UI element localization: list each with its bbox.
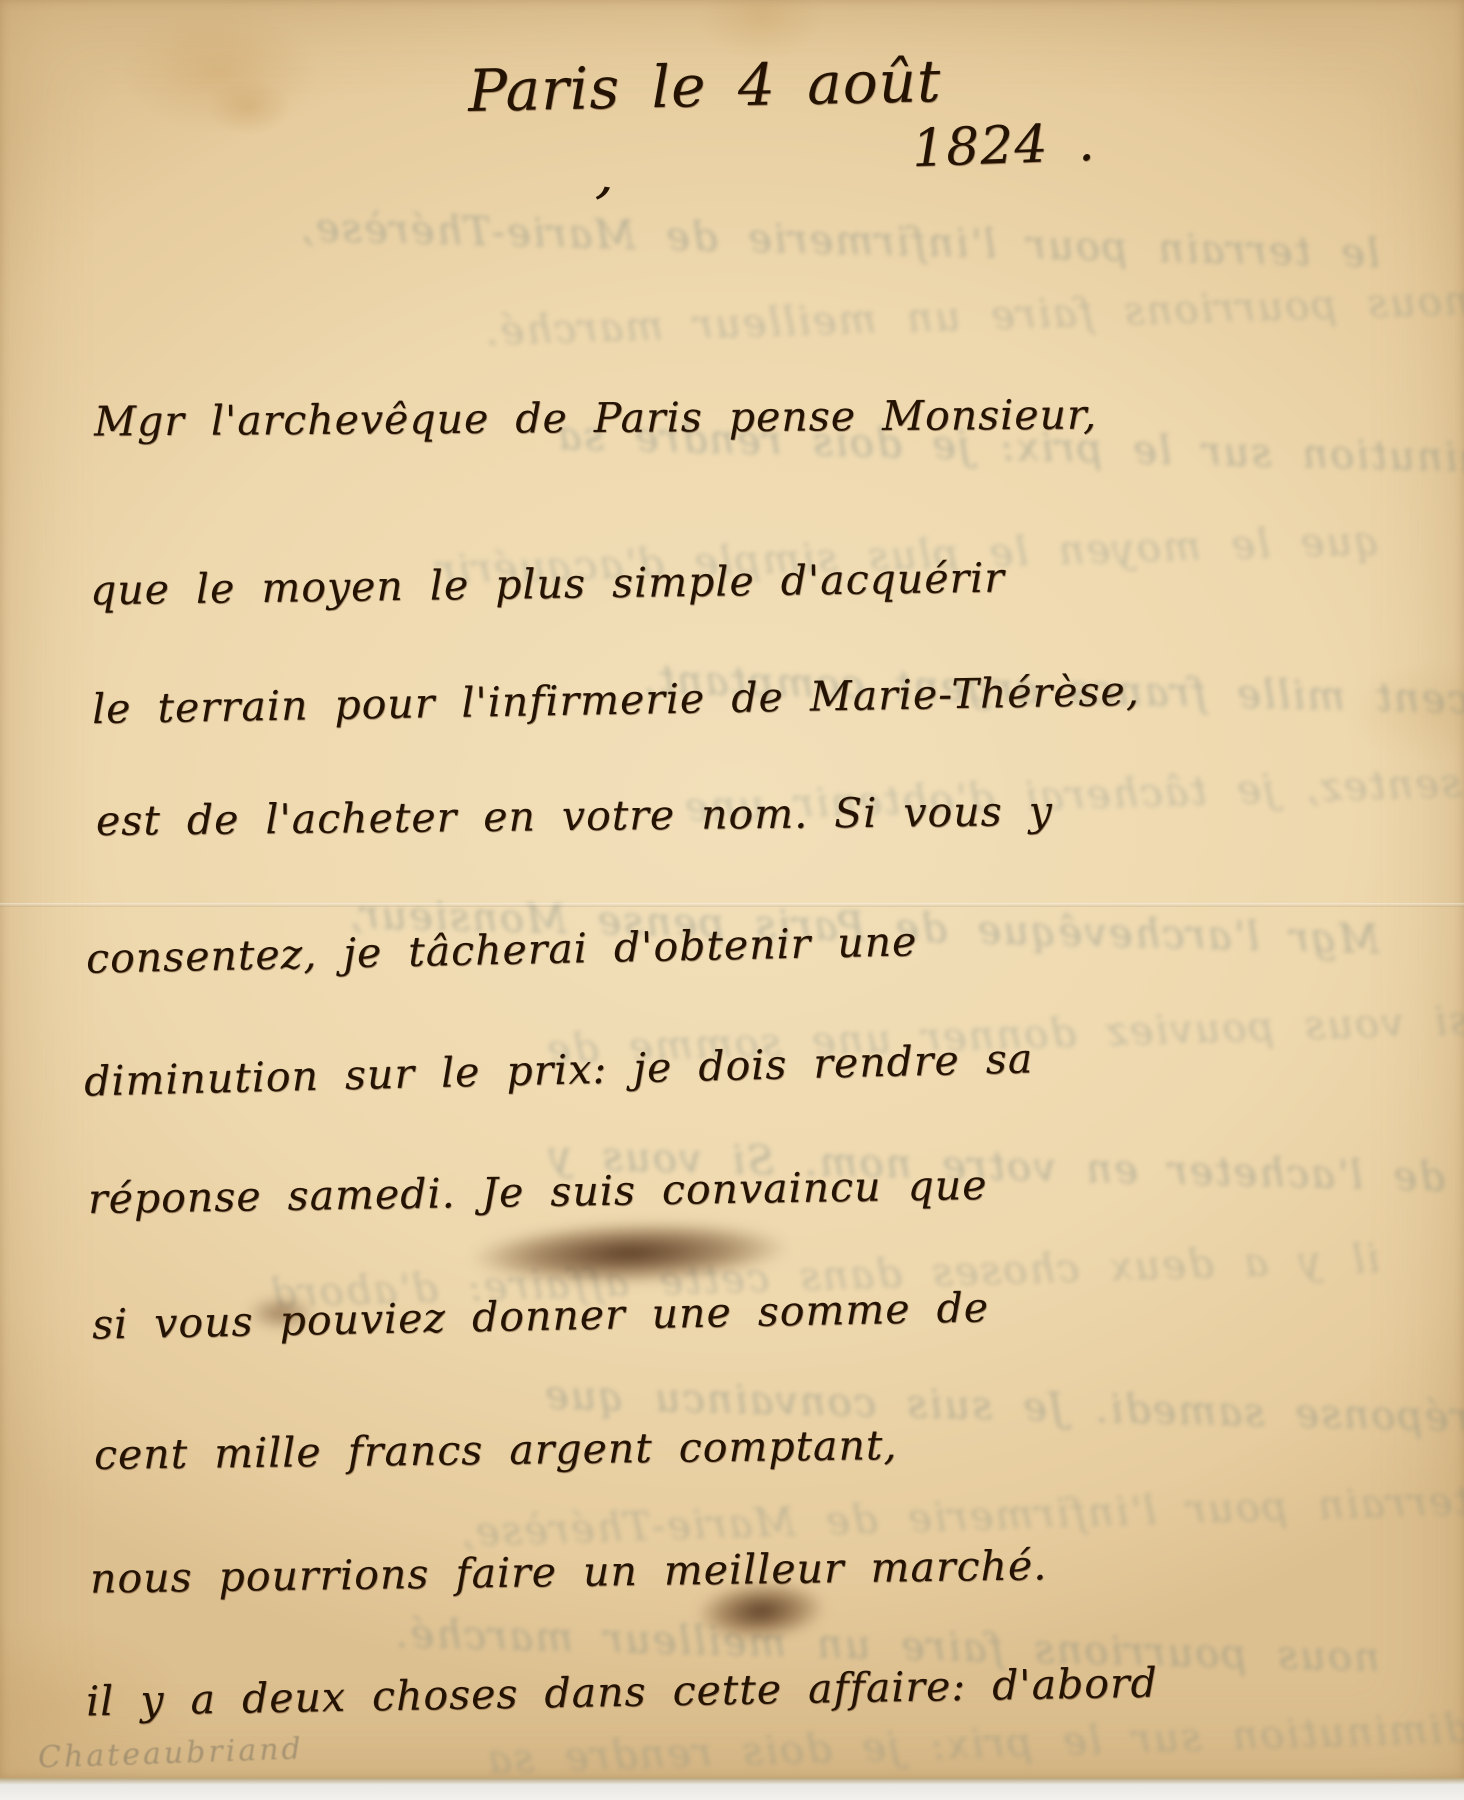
body-line-8: si vous pouviez donner une somme de [92,1283,990,1348]
ink-blot [246,1296,316,1330]
pencil-annotation: Chateaubriand [37,1731,304,1775]
dateline-place: Paris le 4 août [467,47,942,125]
body-line-7: réponse samedi. Je suis convaincu que [88,1161,988,1223]
handwriting-layer: Paris le 4 août , 1824 . Mgr l'archevêqu… [0,0,1464,1778]
dateline-year: 1824 . [911,113,1096,179]
body-line-1: Mgr l'archevêque de Paris pense Monsieur… [94,390,1097,445]
body-line-2: que le moyen le plus simple d'acquérir [90,554,1005,615]
body-line-11: il y a deux choses dans cette affaire: d… [86,1659,1159,1726]
scan-edge [0,1778,1464,1800]
dateline-comma: , [594,141,621,208]
body-line-6: diminution sur le prix: je dois rendre s… [84,1034,1034,1105]
scan-background: le terrain pour l'infirmerie de Marie-Th… [0,0,1464,1800]
body-line-9: cent mille francs argent comptant, [94,1421,898,1479]
body-line-4: est de l'acheter en votre nom. Si vous y [96,787,1053,845]
ink-blot [469,1216,791,1289]
body-line-10: nous pourrions faire un meilleur marché. [90,1541,1048,1602]
body-line-5: consentez, je tâcherai d'obtenir une [86,917,918,982]
body-line-3: le terrain pour l'infirmerie de Marie-Th… [92,667,1140,733]
